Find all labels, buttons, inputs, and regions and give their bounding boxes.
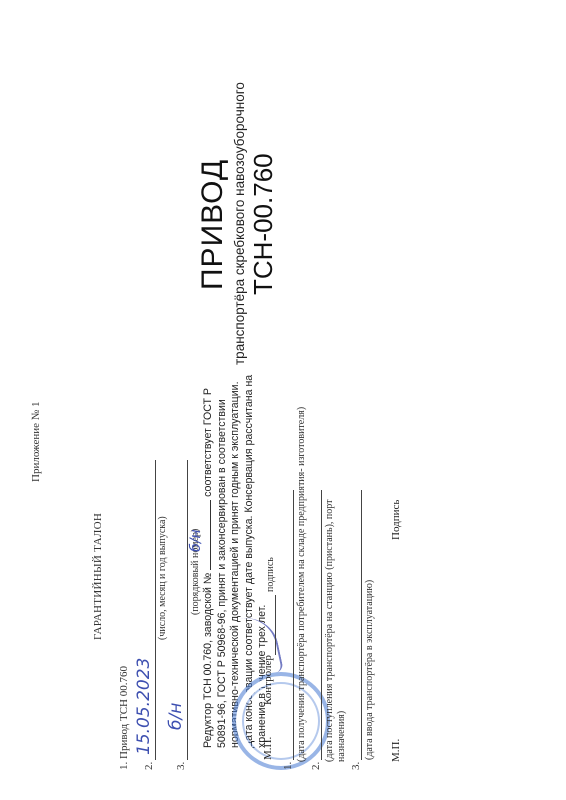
serial-handwritten: б/н [190, 529, 204, 552]
rotated-document-page: Приложение № 1 ГАРАНТИЙНЫЙ ТАЛОН 1. Прив… [0, 0, 566, 800]
receipt-2-number: 2. [310, 762, 322, 770]
receipt-1-caption: (дата получения транспортёра потребителе… [296, 407, 307, 762]
bottom-mp-label: М.П. [390, 739, 402, 762]
receipt-3-caption: (дата ввода транспортёра в эксплуатацию) [364, 580, 375, 760]
receipt-1-line [293, 490, 294, 760]
item-2-line [155, 460, 156, 760]
receipt-3-number: 3. [350, 762, 362, 770]
item-3-number: 3. [175, 762, 187, 770]
serial-number-field: б/н [200, 500, 211, 570]
item-3-line [187, 460, 188, 760]
receipt-1-number: 1. [282, 762, 294, 770]
cover-model: ТСН-00.760 [248, 153, 279, 295]
blue-seal-stamp [232, 672, 330, 770]
item-2-caption: (число, месяц и год выпуска) [157, 516, 168, 640]
para-line1-b: соответствует [202, 428, 214, 497]
item-2-number: 2. [143, 762, 155, 770]
receipt-3-line [361, 490, 362, 760]
receipt-2-caption: (дата поступления транспортёра на станци… [324, 482, 348, 762]
cover-title: ПРИВОД [196, 159, 230, 290]
cover-subtitle: транспортёра скребкового навозоуборочног… [232, 82, 247, 365]
mp-label: М.П. [262, 737, 274, 760]
warranty-card-title: ГАРАНТИЙНЫЙ ТАЛОН [92, 513, 104, 640]
signature-line [275, 595, 276, 655]
para-line1-a: Редуктор ТСН 00.760, заводской № [202, 573, 214, 748]
item-2-handwritten-date: 15.05.2023 [134, 658, 154, 755]
receipt-2-line [321, 490, 322, 760]
bottom-signature-label: Подпись [390, 500, 402, 540]
signature-caption: подпись [265, 557, 276, 592]
item-3-handwritten-number: б/н [166, 703, 186, 730]
appendix-label: Приложение № 1 [30, 401, 42, 482]
item-1-product: 1. Привод ТСН 00.760 [118, 666, 130, 770]
